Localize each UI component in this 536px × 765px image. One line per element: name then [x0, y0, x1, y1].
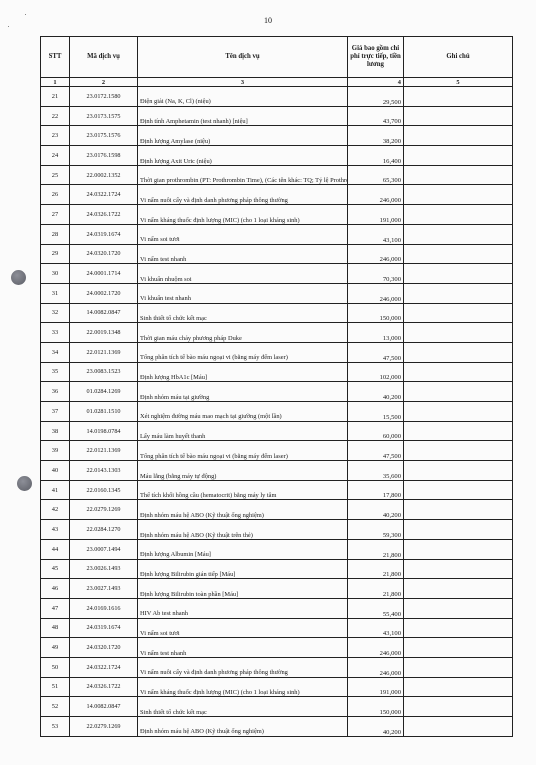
row-service-name: Vi nấm kháng thuốc định lượng (MIC) (cho…: [138, 677, 348, 697]
row-service-name: Thể tích khối hồng cầu (hematocrit) bằng…: [138, 480, 348, 500]
row-price: 150,000: [348, 303, 404, 323]
row-service-code: 24.0320.1720: [70, 638, 138, 658]
row-service-code: 14.0082.0847: [70, 303, 138, 323]
table-row: 2724.0326.1722Vi nấm kháng thuốc định lư…: [41, 205, 513, 225]
row-price: 43,700: [348, 106, 404, 126]
row-price: 35,600: [348, 461, 404, 481]
row-note: [404, 402, 513, 422]
row-service-name: Vi nấm nuôi cấy và định danh phương pháp…: [138, 657, 348, 677]
row-service-name: Máu lắng (bằng máy tự động): [138, 461, 348, 481]
row-service-name: Sinh thiết tổ chức kết mạc: [138, 303, 348, 323]
row-note: [404, 283, 513, 303]
row-service-code: 23.0007.1494: [70, 539, 138, 559]
row-service-name: Vi khuẩn nhuộm soi: [138, 264, 348, 284]
row-service-name: Tổng phân tích tế bào máu ngoại vi (bằng…: [138, 441, 348, 461]
row-service-name: Định lượng Bilirubin gián tiếp [Máu]: [138, 559, 348, 579]
row-note: [404, 677, 513, 697]
row-price: 60,000: [348, 421, 404, 441]
row-note: [404, 539, 513, 559]
row-stt: 47: [41, 598, 70, 618]
row-stt: 30: [41, 264, 70, 284]
row-note: [404, 618, 513, 638]
row-stt: 52: [41, 697, 70, 717]
header-service-code: Mã dịch vụ: [70, 37, 138, 78]
row-price: 43,100: [348, 618, 404, 638]
row-service-code: 24.0169.1616: [70, 598, 138, 618]
punch-hole: [11, 270, 26, 285]
row-note: [404, 500, 513, 520]
row-price: 40,200: [348, 382, 404, 402]
row-stt: 21: [41, 87, 70, 107]
row-note: [404, 165, 513, 185]
row-service-name: Định lượng HbA1c [Máu]: [138, 362, 348, 382]
row-price: 15,500: [348, 402, 404, 422]
row-price: 38,200: [348, 126, 404, 146]
row-service-name: Vi nấm kháng thuốc định lượng (MIC) (cho…: [138, 205, 348, 225]
row-stt: 46: [41, 579, 70, 599]
row-note: [404, 657, 513, 677]
row-stt: 29: [41, 244, 70, 264]
column-number: 1: [41, 78, 70, 87]
row-service-name: Định lượng Amylase (niệu): [138, 126, 348, 146]
row-service-name: Thời gian máu chảy phương pháp Duke: [138, 323, 348, 343]
row-price: 246,000: [348, 283, 404, 303]
table-row: 3814.0198.0784Lấy máu làm huyết thanh60,…: [41, 421, 513, 441]
table-row: 4022.0143.1303Máu lắng (bằng máy tự động…: [41, 461, 513, 481]
row-stt: 43: [41, 520, 70, 540]
row-note: [404, 87, 513, 107]
service-price-table: STT Mã dịch vụ Tên dịch vụ Giá bao gồm c…: [40, 36, 513, 737]
row-service-name: Định nhóm máu tại giường: [138, 382, 348, 402]
row-note: [404, 224, 513, 244]
row-price: 47,500: [348, 342, 404, 362]
row-stt: 42: [41, 500, 70, 520]
row-stt: 25: [41, 165, 70, 185]
row-stt: 53: [41, 717, 70, 737]
row-service-code: 22.0143.1303: [70, 461, 138, 481]
row-stt: 22: [41, 106, 70, 126]
table-row: 3601.0284.1269Định nhóm máu tại giường40…: [41, 382, 513, 402]
row-price: 191,000: [348, 205, 404, 225]
row-service-name: Xét nghiệm đường máu mao mạch tại giường…: [138, 402, 348, 422]
row-stt: 36: [41, 382, 70, 402]
row-service-code: 24.0319.1674: [70, 224, 138, 244]
row-price: 40,200: [348, 717, 404, 737]
row-service-code: 24.0326.1722: [70, 677, 138, 697]
row-price: 13,000: [348, 323, 404, 343]
row-note: [404, 146, 513, 166]
row-price: 43,100: [348, 224, 404, 244]
row-stt: 41: [41, 480, 70, 500]
row-service-code: 01.0284.1269: [70, 382, 138, 402]
row-stt: 39: [41, 441, 70, 461]
table-row: 4623.0027.1493Định lượng Bilirubin toàn …: [41, 579, 513, 599]
row-stt: 23: [41, 126, 70, 146]
row-service-code: 22.0002.1352: [70, 165, 138, 185]
row-service-name: Vi nấm test nhanh: [138, 244, 348, 264]
row-note: [404, 520, 513, 540]
row-service-name: Định nhóm máu hệ ABO (Kỹ thuật ống nghiệ…: [138, 717, 348, 737]
row-stt: 35: [41, 362, 70, 382]
table-row: 3214.0082.0847Sinh thiết tổ chức kết mạc…: [41, 303, 513, 323]
row-price: 246,000: [348, 244, 404, 264]
row-stt: 33: [41, 323, 70, 343]
table-row: 3024.0001.1714Vi khuẩn nhuộm soi70,300: [41, 264, 513, 284]
row-stt: 27: [41, 205, 70, 225]
row-price: 59,300: [348, 520, 404, 540]
row-note: [404, 441, 513, 461]
row-service-name: Định tính Amphetamin (test nhanh) [niệu]: [138, 106, 348, 126]
table-row: 2924.0320.1720Vi nấm test nhanh246,000: [41, 244, 513, 264]
row-price: 246,000: [348, 185, 404, 205]
row-stt: 44: [41, 539, 70, 559]
row-service-code: 24.0320.1720: [70, 244, 138, 264]
row-price: 21,800: [348, 579, 404, 599]
row-stt: 40: [41, 461, 70, 481]
row-price: 102,000: [348, 362, 404, 382]
header-price: Giá bao gồm chi phí trực tiếp, tiền lươn…: [348, 37, 404, 78]
row-price: 29,500: [348, 87, 404, 107]
punch-hole: [17, 476, 32, 491]
row-note: [404, 185, 513, 205]
table-row: 3701.0281.1510Xét nghiệm đường máu mao m…: [41, 402, 513, 422]
row-price: 55,400: [348, 598, 404, 618]
row-stt: 50: [41, 657, 70, 677]
row-service-code: 23.0176.1598: [70, 146, 138, 166]
row-service-code: 22.0284.1270: [70, 520, 138, 540]
column-number: 5: [404, 78, 513, 87]
row-stt: 31: [41, 283, 70, 303]
row-service-code: 23.0083.1523: [70, 362, 138, 382]
row-service-code: 23.0172.1580: [70, 87, 138, 107]
table-row: 4423.0007.1494Định lượng Albumin [Máu]21…: [41, 539, 513, 559]
table-row: 2522.0002.1352Thời gian prothrombin (PT:…: [41, 165, 513, 185]
row-service-name: Vi nấm soi tươi: [138, 618, 348, 638]
row-stt: 34: [41, 342, 70, 362]
table-row: 4724.0169.1616HIV Ab test nhanh55,400: [41, 598, 513, 618]
row-service-code: 14.0198.0784: [70, 421, 138, 441]
row-service-code: 23.0173.1575: [70, 106, 138, 126]
row-stt: 37: [41, 402, 70, 422]
table-row: 4924.0320.1720Vi nấm test nhanh246,000: [41, 638, 513, 658]
row-price: 70,300: [348, 264, 404, 284]
column-number: 4: [348, 78, 404, 87]
scan-speck: [8, 26, 9, 27]
row-note: [404, 579, 513, 599]
row-service-code: 24.0322.1724: [70, 185, 138, 205]
row-stt: 28: [41, 224, 70, 244]
table-row: 2624.0322.1724Vi nấm nuôi cấy và định da…: [41, 185, 513, 205]
table-row: 3422.0121.1369Tổng phân tích tế bào máu …: [41, 342, 513, 362]
row-price: 246,000: [348, 657, 404, 677]
row-service-code: 24.0326.1722: [70, 205, 138, 225]
row-service-name: Vi nấm test nhanh: [138, 638, 348, 658]
row-service-name: Định lượng Bilirubin toàn phần [Máu]: [138, 579, 348, 599]
row-stt: 45: [41, 559, 70, 579]
row-stt: 26: [41, 185, 70, 205]
row-stt: 32: [41, 303, 70, 323]
row-price: 21,800: [348, 539, 404, 559]
table-row: 5024.0322.1724Vi nấm nuôi cấy và định da…: [41, 657, 513, 677]
table-row: 5214.0082.0847Sinh thiết tổ chức kết mạc…: [41, 697, 513, 717]
table-row: 3124.0002.1720Vi khuẩn test nhanh246,000: [41, 283, 513, 303]
row-price: 246,000: [348, 638, 404, 658]
row-service-name: Định lượng Albumin [Máu]: [138, 539, 348, 559]
row-stt: 48: [41, 618, 70, 638]
table-row: 2423.0176.1598Định lượng Axit Uric (niệu…: [41, 146, 513, 166]
row-note: [404, 106, 513, 126]
row-price: 65,300: [348, 165, 404, 185]
table-row: 3922.0121.1369Tổng phân tích tế bào máu …: [41, 441, 513, 461]
row-service-name: Sinh thiết tổ chức kết mạc: [138, 697, 348, 717]
row-service-code: 24.0001.1714: [70, 264, 138, 284]
table-body: 2123.0172.1580Điện giải (Na, K, Cl) (niệ…: [41, 87, 513, 737]
row-service-name: Định lượng Axit Uric (niệu): [138, 146, 348, 166]
row-note: [404, 421, 513, 441]
table-row: 4523.0026.1493Định lượng Bilirubin gián …: [41, 559, 513, 579]
table-row: 5322.0279.1269Định nhóm máu hệ ABO (Kỹ t…: [41, 717, 513, 737]
row-price: 150,000: [348, 697, 404, 717]
row-service-name: Vi nấm nuôi cấy và định danh phương pháp…: [138, 185, 348, 205]
row-stt: 38: [41, 421, 70, 441]
row-service-name: Vi nấm soi tươi: [138, 224, 348, 244]
row-note: [404, 205, 513, 225]
table-row: 2323.0175.1576Định lượng Amylase (niệu)3…: [41, 126, 513, 146]
row-note: [404, 697, 513, 717]
row-service-name: Thời gian prothrombin (PT: Prothrombin T…: [138, 165, 348, 185]
row-price: 47,500: [348, 441, 404, 461]
row-note: [404, 480, 513, 500]
column-number: 3: [138, 78, 348, 87]
row-note: [404, 303, 513, 323]
row-price: 17,800: [348, 480, 404, 500]
row-service-code: 01.0281.1510: [70, 402, 138, 422]
row-note: [404, 638, 513, 658]
table-row: 2123.0172.1580Điện giải (Na, K, Cl) (niệ…: [41, 87, 513, 107]
row-note: [404, 598, 513, 618]
row-service-code: 24.0319.1674: [70, 618, 138, 638]
table-row: 4122.0160.1345Thể tích khối hồng cầu (he…: [41, 480, 513, 500]
scan-speck: [25, 14, 26, 15]
page-number: 10: [0, 16, 536, 25]
header-stt: STT: [41, 37, 70, 78]
row-service-code: 22.0279.1269: [70, 717, 138, 737]
row-service-code: 22.0019.1348: [70, 323, 138, 343]
row-service-name: Định nhóm máu hệ ABO (Kỹ thuật trên thẻ): [138, 520, 348, 540]
row-note: [404, 559, 513, 579]
row-service-name: Lấy máu làm huyết thanh: [138, 421, 348, 441]
row-service-name: Vi khuẩn test nhanh: [138, 283, 348, 303]
row-stt: 49: [41, 638, 70, 658]
row-stt: 51: [41, 677, 70, 697]
row-note: [404, 323, 513, 343]
row-note: [404, 717, 513, 737]
row-note: [404, 461, 513, 481]
table-row: 2824.0319.1674Vi nấm soi tươi43,100: [41, 224, 513, 244]
table-row: 4322.0284.1270Định nhóm máu hệ ABO (Kỹ t…: [41, 520, 513, 540]
row-service-code: 22.0160.1345: [70, 480, 138, 500]
row-note: [404, 126, 513, 146]
row-note: [404, 342, 513, 362]
row-note: [404, 362, 513, 382]
row-price: 191,000: [348, 677, 404, 697]
row-service-name: Tổng phân tích tế bào máu ngoại vi (bằng…: [138, 342, 348, 362]
row-service-code: 23.0175.1576: [70, 126, 138, 146]
table-row: 4222.0279.1269Định nhóm máu hệ ABO (Kỹ t…: [41, 500, 513, 520]
row-service-name: Định nhóm máu hệ ABO (Kỹ thuật ống nghiệ…: [138, 500, 348, 520]
row-service-code: 24.0002.1720: [70, 283, 138, 303]
row-service-code: 23.0026.1493: [70, 559, 138, 579]
column-number: 2: [70, 78, 138, 87]
row-note: [404, 244, 513, 264]
row-price: 21,800: [348, 559, 404, 579]
row-price: 40,200: [348, 500, 404, 520]
row-service-code: 22.0121.1369: [70, 342, 138, 362]
row-service-name: Điện giải (Na, K, Cl) (niệu): [138, 87, 348, 107]
row-price: 16,400: [348, 146, 404, 166]
table-row: 5124.0326.1722Vi nấm kháng thuốc định lư…: [41, 677, 513, 697]
row-stt: 24: [41, 146, 70, 166]
row-note: [404, 264, 513, 284]
row-service-code: 24.0322.1724: [70, 657, 138, 677]
row-service-code: 14.0082.0847: [70, 697, 138, 717]
header-service-name: Tên dịch vụ: [138, 37, 348, 78]
header-note: Ghi chú: [404, 37, 513, 78]
table-row: 4824.0319.1674Vi nấm soi tươi43,100: [41, 618, 513, 638]
row-service-code: 23.0027.1493: [70, 579, 138, 599]
row-service-code: 22.0121.1369: [70, 441, 138, 461]
table-row: 2223.0173.1575Định tính Amphetamin (test…: [41, 106, 513, 126]
row-service-code: 22.0279.1269: [70, 500, 138, 520]
table-row: 3523.0083.1523Định lượng HbA1c [Máu]102,…: [41, 362, 513, 382]
table-row: 3322.0019.1348Thời gian máu chảy phương …: [41, 323, 513, 343]
row-service-name: HIV Ab test nhanh: [138, 598, 348, 618]
row-note: [404, 382, 513, 402]
